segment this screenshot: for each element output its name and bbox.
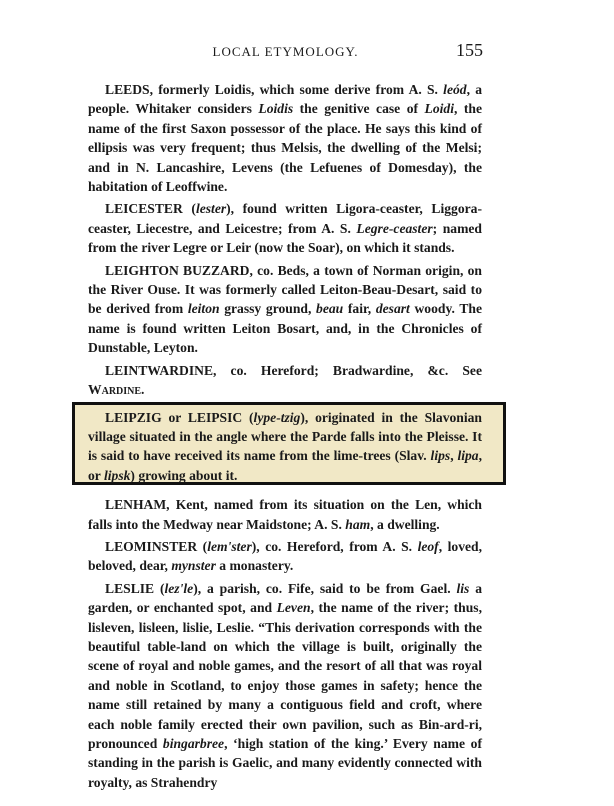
entry-leintwardine: LEINTWARDINE, co. Hereford; Bradwardine,… bbox=[88, 361, 482, 400]
entry-leominster: LEOMINSTER (lem'ster), co. Hereford, fro… bbox=[88, 537, 482, 576]
entry-leighton-buzzard: LEIGHTON BUZZARD, co. Beds, a town of No… bbox=[88, 261, 482, 358]
page-number: 155 bbox=[456, 40, 483, 61]
entry-lenham: LENHAM, Kent, named from its situation o… bbox=[88, 495, 482, 534]
entry-leslie: LESLIE (lez'le), a parish, co. Fife, sai… bbox=[88, 579, 482, 792]
dictionary-entries: LEEDS, formerly Loidis, which some deriv… bbox=[88, 80, 482, 792]
running-title: LOCAL ETYMOLOGY. bbox=[88, 44, 483, 60]
book-page: LOCAL ETYMOLOGY. 155 LEEDS, formerly Loi… bbox=[0, 0, 614, 806]
entry-leicester: LEICESTER (lester), found written Ligora… bbox=[88, 199, 482, 257]
entry-leeds: LEEDS, formerly Loidis, which some deriv… bbox=[88, 80, 482, 196]
entry-leipzig-highlighted: LEIPZIG or LEIPSIC (lype-tzig), originat… bbox=[88, 408, 482, 486]
page-header: LOCAL ETYMOLOGY. 155 bbox=[88, 40, 483, 62]
